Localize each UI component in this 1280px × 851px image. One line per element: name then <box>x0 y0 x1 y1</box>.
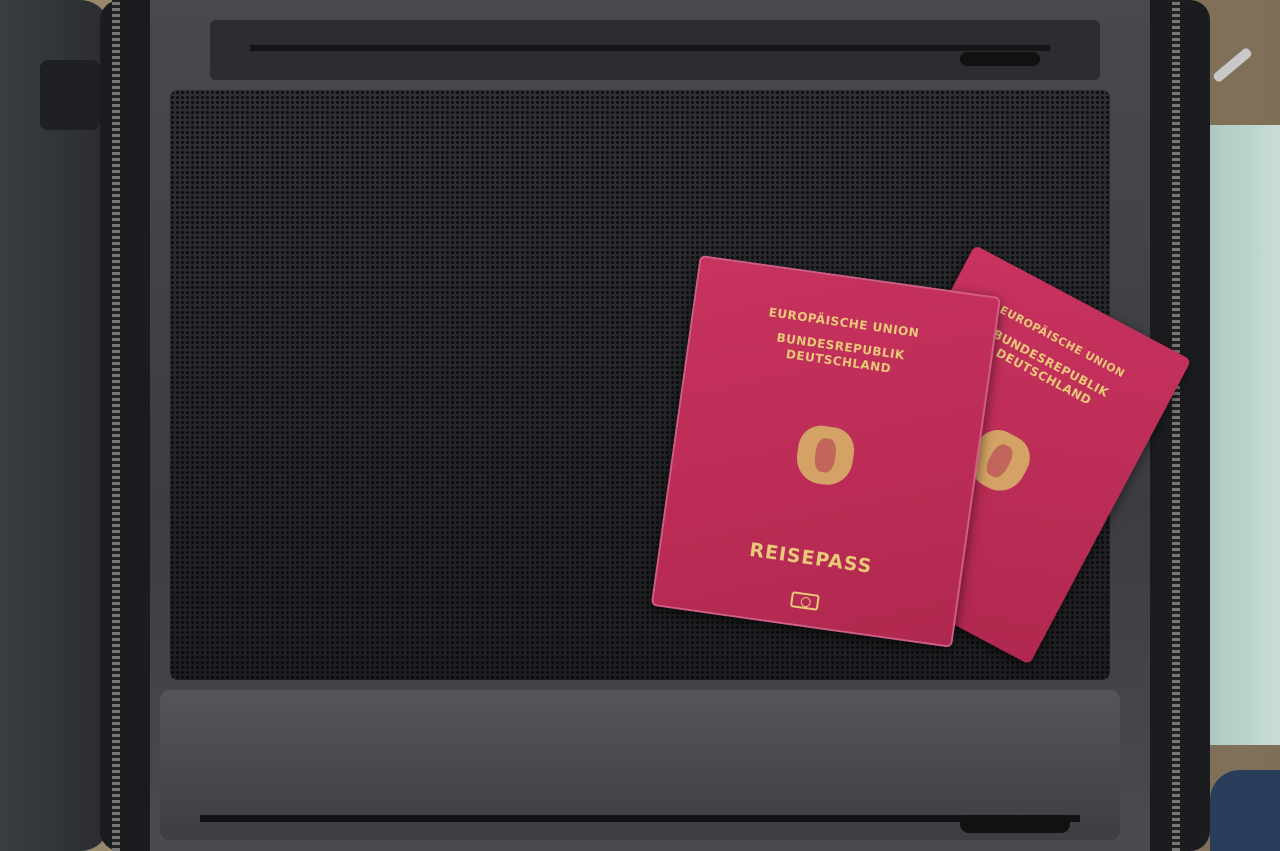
top-zipper <box>250 45 1050 51</box>
bottom-zipper <box>200 815 1080 822</box>
blue-object <box>1210 770 1280 851</box>
zipper-pull-icon <box>960 52 1040 66</box>
zipper-pull-icon <box>960 815 1070 833</box>
zipper-right <box>1172 0 1180 851</box>
passport-title: REISEPASS <box>661 527 961 591</box>
passport-front: EUROPÄISCHE UNION BUNDESREPUBLIK DEUTSCH… <box>651 255 1001 648</box>
eagle-icon <box>794 423 858 488</box>
zipper-left <box>112 0 120 851</box>
bag-strap <box>40 60 100 130</box>
biometric-chip-icon <box>790 591 820 611</box>
